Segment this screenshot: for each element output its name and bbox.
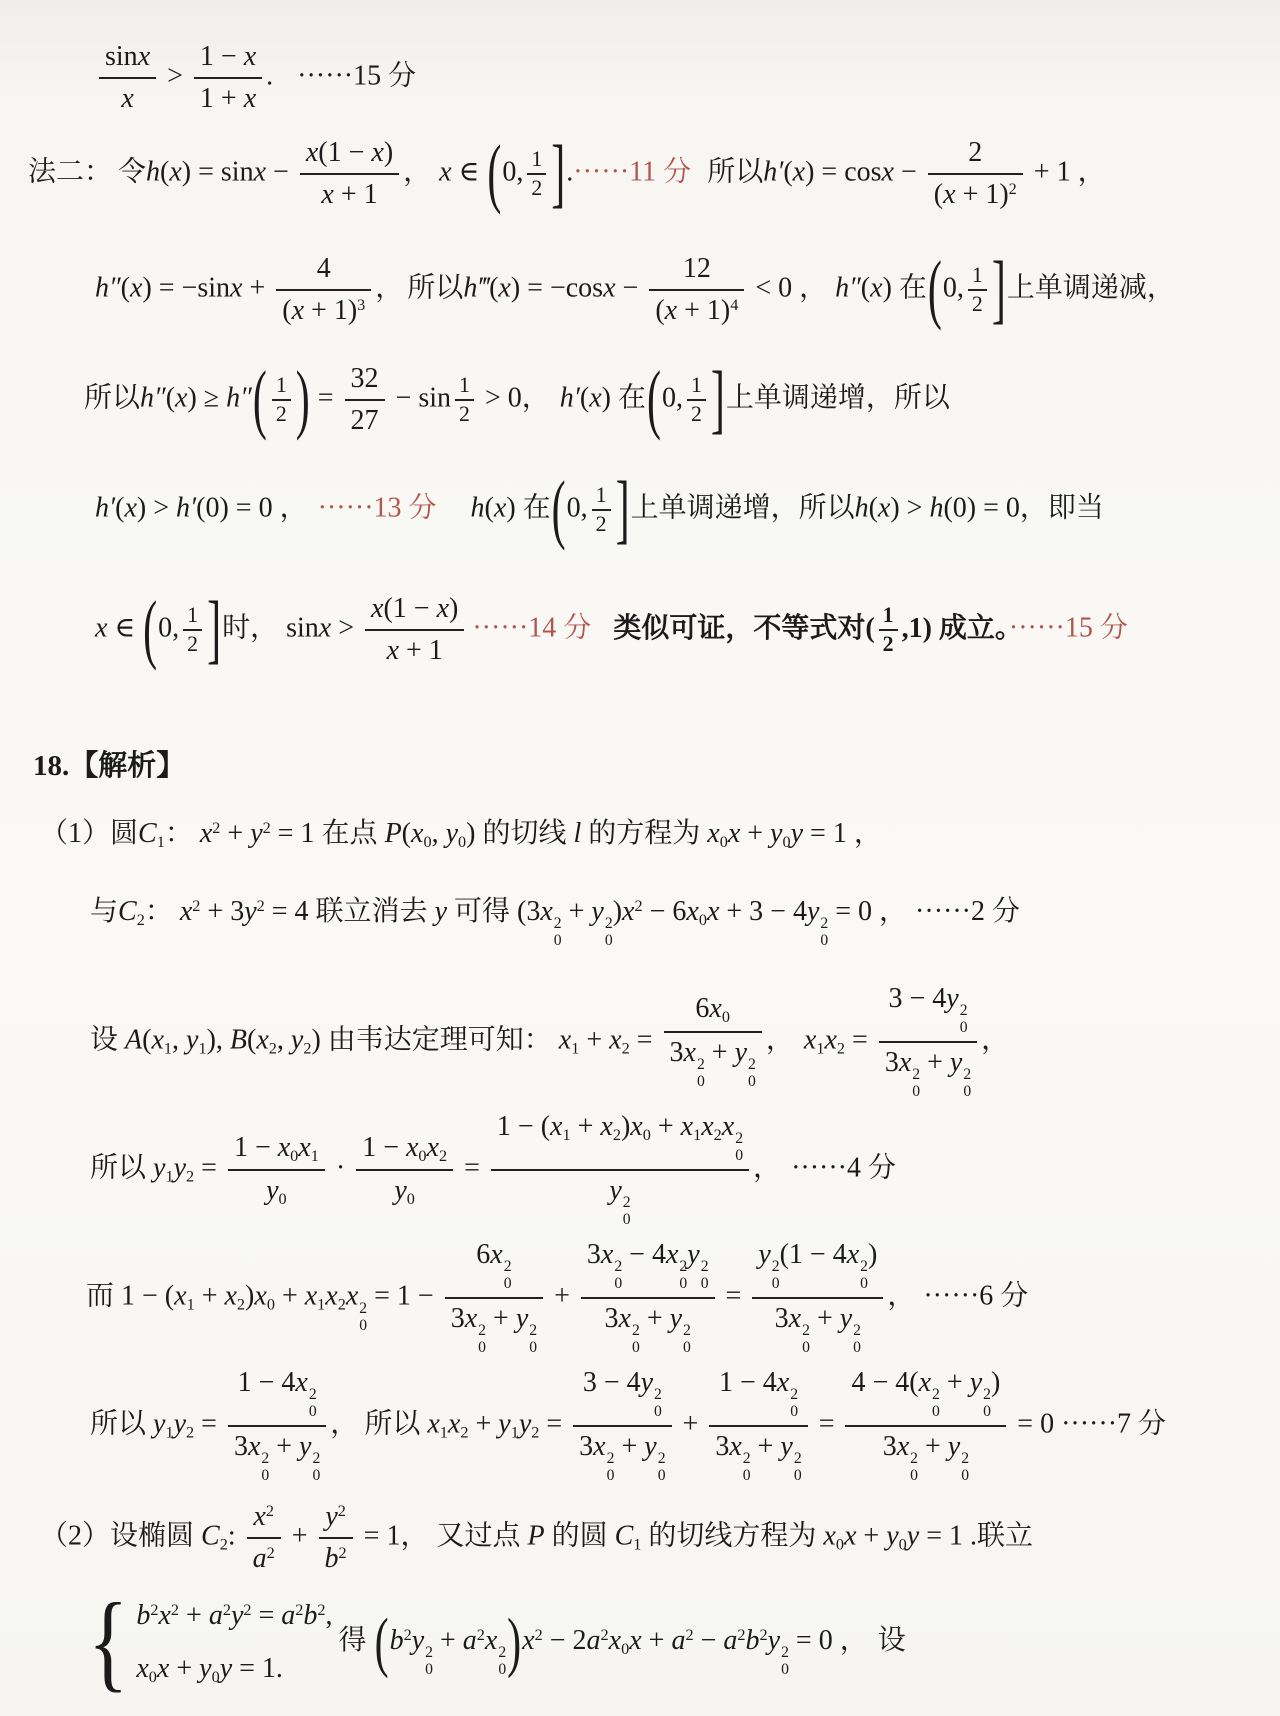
math-variable: y [768, 1625, 780, 1656]
math-text: （2）设椭圆 [40, 1521, 201, 1552]
math-text: 所以 [707, 157, 763, 188]
math-text: = 1 ， [803, 818, 882, 849]
math-variable: h‴ [463, 273, 489, 304]
math-variable: x [899, 1047, 911, 1078]
sup-part: 2 [478, 1323, 486, 1340]
math-text: ， [753, 1152, 781, 1183]
fraction: 3 − 4y203x20 + y20 [879, 982, 977, 1102]
math-variable: y [153, 1152, 165, 1183]
fraction: 1 − 4x203x20 + y20 [228, 1366, 326, 1486]
math-variable: x [897, 1431, 909, 1462]
math-variable: y [907, 1521, 919, 1552]
math-text: + 1 [399, 635, 443, 666]
math-variable: x [244, 41, 256, 72]
denominator: 3x20 + y20 [664, 1033, 762, 1092]
formula-line-part1-substitute: 与C2： x2 + 3y2 = 4 联立消去 y 可得 (3x20 + y20)… [90, 894, 1020, 950]
math-text: − [694, 1625, 724, 1656]
numerator: y20(1 − 4x20) [752, 1238, 883, 1299]
math-variable: h′ [560, 383, 580, 414]
numerator: sinx [99, 40, 156, 79]
sup-part: 2 [781, 1645, 789, 1662]
superscript: 2 [338, 1502, 346, 1520]
sub-part: 0 [735, 1148, 743, 1165]
math-text: . [266, 61, 273, 92]
math-text: ) ≥ [187, 383, 226, 414]
math-text: ， [403, 157, 431, 188]
case-row: x0x + y0y = 1. [136, 1651, 283, 1687]
fraction: x(1 − x)x + 1 [365, 592, 464, 668]
math-text: , [172, 1024, 186, 1055]
math-text: = [719, 1280, 749, 1311]
math-variable: x [319, 613, 331, 644]
big-delimiter-icon: ( [253, 361, 267, 439]
math-text: 1 [972, 263, 983, 287]
subscript: 0 [621, 1640, 629, 1658]
math-text: + [740, 818, 770, 849]
math-text: (0) = 0 ， [196, 492, 307, 523]
sup-part: 2 [983, 1387, 991, 1404]
math-text: + [468, 1408, 498, 1439]
math-text: 0, [502, 157, 523, 188]
numerator: x(1 − x) [365, 592, 464, 631]
formula-line-method2-define: 法二：令h(x) = sinx − x(1 − x)x + 1，x ∈ (0,1… [28, 136, 1106, 212]
math-variable: a [209, 1600, 223, 1631]
denominator: 2 [272, 401, 291, 426]
big-delimiter-icon: ] [992, 251, 1006, 329]
math-text: + [242, 273, 272, 304]
math-variable: x [629, 1625, 641, 1656]
sup-part: 2 [860, 1259, 868, 1276]
small-fraction: 12 [272, 374, 291, 426]
math-text: , [432, 818, 446, 849]
math-text: ) 在 [506, 492, 550, 523]
math-text: 1 [596, 483, 607, 507]
small-fraction: 12 [592, 484, 611, 536]
denominator: y0 [228, 1171, 325, 1210]
sub-sup-stack: 20 [478, 1323, 486, 1357]
math-text: − [894, 157, 924, 188]
math-text: = [311, 383, 341, 414]
math-text: = [194, 1152, 224, 1183]
denominator: 2 [592, 511, 611, 536]
math-text: + [614, 1431, 644, 1462]
fraction: 1 − x0x2y0 [356, 1131, 453, 1210]
math-variable: x [248, 1431, 260, 1462]
sub-sup-stack: 20 [743, 1451, 751, 1485]
math-text: ) > [890, 492, 929, 523]
math-text: 3 [883, 1431, 897, 1462]
sup-part: 2 [853, 1323, 861, 1340]
subscript: 1 [440, 1423, 448, 1441]
math-variable: x [253, 1501, 265, 1532]
math-variable: x [437, 593, 449, 624]
sub-part: 0 [359, 1318, 367, 1335]
big-delimiter-icon: ( [487, 135, 501, 213]
math-variable: x [224, 1280, 236, 1311]
math-text: 6 [695, 993, 709, 1024]
math-variable: h [855, 492, 869, 523]
math-text: 所以 [84, 383, 140, 414]
math-variable: b [303, 1600, 317, 1631]
math-text: 上单调递增，所以 [631, 492, 855, 523]
math-variable: x [448, 1408, 460, 1439]
superscript: 2 [634, 897, 642, 915]
math-text: + [547, 1280, 577, 1311]
subscript: 1 [157, 833, 165, 851]
math-text: ) [868, 1239, 877, 1270]
math-text: < 0 ， [748, 273, 827, 304]
fraction: 1 − (x1 + x2)x0 + x1x2x20y20 [491, 1110, 749, 1230]
math-variable: B [230, 1024, 247, 1055]
math-text: ······15 分 [297, 61, 416, 92]
sub-sup-stack: 20 [790, 1387, 798, 1421]
sub-part: 0 [504, 1276, 512, 1293]
math-text: ) > [137, 492, 176, 523]
math-text: ) 在 [602, 383, 646, 414]
math-variable: y [609, 1175, 621, 1206]
math-variable: x [427, 1132, 439, 1163]
math-variable: x [298, 1132, 310, 1163]
big-delimiter-icon: ] [711, 361, 725, 439]
subscript: 1 [693, 1126, 701, 1144]
sub-part: 0 [743, 1468, 751, 1485]
sup-part: 2 [312, 1451, 320, 1468]
denominator: 3x20 + y20 [581, 1299, 715, 1358]
sub-part: 0 [683, 1340, 691, 1357]
sub-sup-stack: 20 [632, 1323, 640, 1357]
sub-part: 0 [478, 1340, 486, 1357]
math-variable: x [707, 818, 719, 849]
subscript: 2 [137, 911, 145, 929]
math-text: ) = cos [805, 157, 881, 188]
sup-part: 2 [743, 1451, 751, 1468]
math-text: + [640, 1303, 670, 1334]
math-text: 2 [883, 632, 894, 656]
math-text: 得 [339, 1625, 374, 1656]
math-variable: y [435, 896, 447, 927]
denominator: 3x20 + y20 [845, 1427, 1006, 1486]
subscript: 2 [714, 1126, 722, 1144]
score-mark: ······13 分 [318, 492, 437, 523]
math-text: ( [861, 273, 870, 304]
subscript: 1 [164, 1039, 172, 1057]
sub-sup-stack: 20 [312, 1451, 320, 1485]
math-variable: x [550, 1111, 562, 1142]
math-text: （1）圆 [40, 818, 138, 849]
math-text: ( [121, 273, 130, 304]
math-text: + [220, 818, 250, 849]
math-text: − 4 [622, 1239, 666, 1270]
math-text: 1 [691, 373, 702, 397]
math-text: + 1) [677, 295, 730, 326]
subscript: 0 [458, 833, 466, 851]
math-text: + [486, 1303, 516, 1334]
math-text: ( [934, 179, 943, 210]
math-variable: y [394, 1175, 406, 1206]
math-text: 法二： [28, 157, 112, 188]
sub-part: 0 [312, 1468, 320, 1485]
sub-part: 0 [820, 933, 828, 950]
math-text: − [616, 273, 646, 304]
math-variable: x [666, 1239, 678, 1270]
math-text: = [539, 1408, 569, 1439]
math-variable: a [723, 1625, 737, 1656]
sub-sup-stack: 20 [701, 1259, 709, 1293]
superscript: 2 [477, 1626, 485, 1644]
score-mark: ······15 分 [1009, 613, 1128, 644]
math-variable: x [684, 1037, 696, 1068]
math-variable: x [707, 896, 719, 927]
sub-sup-stack: 20 [504, 1259, 512, 1293]
sub-part: 0 [261, 1468, 269, 1485]
superscript: 2 [263, 819, 271, 837]
math-text: + 1) [956, 179, 1009, 210]
superscript: 2 [243, 1601, 251, 1619]
numerator: 1 [183, 604, 202, 631]
math-variable: y [791, 818, 803, 849]
math-variable: x [325, 1280, 337, 1311]
math-variable: C [138, 818, 157, 849]
math-variable: x [124, 492, 136, 523]
subscript: 0 [267, 1295, 275, 1313]
sub-part: 0 [790, 1404, 798, 1421]
fraction: 4(x + 1)3 [276, 252, 371, 328]
sub-part: 0 [802, 1340, 810, 1357]
sup-part: 2 [504, 1259, 512, 1276]
superscript: 2 [601, 1626, 609, 1644]
fraction: sinxx [99, 40, 156, 116]
sup-part: 2 [623, 1195, 631, 1212]
denominator: (x + 1)2 [928, 175, 1023, 212]
math-text: ( [166, 383, 175, 414]
math-text: 令 [118, 157, 146, 188]
subscript: 1 [311, 1146, 319, 1164]
math-text: = 1， [357, 1521, 429, 1552]
math-variable: x [824, 1024, 836, 1055]
sub-part: 0 [632, 1340, 640, 1357]
math-variable: y [174, 1152, 186, 1183]
numerator: 3 − 4y20 [879, 982, 977, 1043]
math-text: − [266, 157, 296, 188]
small-fraction: 12 [183, 604, 202, 656]
math-variable: x [295, 1367, 307, 1398]
subscript: 0 [836, 1535, 844, 1553]
small-fraction: 12 [687, 374, 706, 426]
math-text: + [920, 1047, 950, 1078]
math-text: ) [613, 896, 622, 927]
sup-part: 2 [794, 1451, 802, 1468]
sup-part: 2 [554, 916, 562, 933]
numerator: 4 − 4(x20 + y20) [845, 1366, 1006, 1427]
math-text: 所以 [90, 1152, 153, 1183]
math-variable: x [371, 137, 383, 168]
math-variable: x [589, 383, 601, 414]
math-text: ), [207, 1024, 230, 1055]
math-text: + [195, 1280, 225, 1311]
math-variable: x [522, 1625, 534, 1656]
math-variable: x [600, 1111, 612, 1142]
sub-sup-stack: 20 [860, 1259, 868, 1293]
math-text: 上单调递增，所以 [726, 383, 950, 414]
math-variable: x [609, 1625, 621, 1656]
formula-line-part2-ellipse: （2）设椭圆 C2: x2a2 + y2b2 = 1，又过点 P 的圆 C1 的… [40, 1500, 1033, 1576]
numerator: 1 [455, 374, 474, 401]
math-variable: y [687, 1239, 699, 1270]
math-variable: y [946, 983, 958, 1014]
sub-part: 0 [623, 1212, 631, 1229]
math-variable: x [306, 137, 318, 168]
sup-part: 2 [683, 1323, 691, 1340]
math-text: ) = −cos [511, 273, 603, 304]
subscript: 1 [165, 1423, 173, 1441]
math-variable: x [138, 41, 150, 72]
math-variable: y [516, 1303, 528, 1334]
subscript: 2 [613, 1126, 621, 1144]
math-variable: x [844, 1521, 856, 1552]
math-text: = [812, 1408, 842, 1439]
math-text: 1 [276, 373, 287, 397]
math-variable: y [231, 1600, 243, 1631]
math-text: + [571, 1111, 601, 1142]
sup-part: 2 [605, 916, 613, 933]
math-text: 3 [670, 1037, 684, 1068]
math-variable: x [427, 1408, 439, 1439]
math-text: 1 − 4 [238, 1367, 296, 1398]
math-variable: x [540, 896, 552, 927]
big-delimiter-icon: ] [207, 591, 221, 669]
sub-part: 0 [654, 1404, 662, 1421]
math-text: 1 − 4 [719, 1367, 777, 1398]
sub-sup-stack: 20 [498, 1645, 506, 1679]
superscript: 2 [317, 1601, 325, 1619]
math-variable: x [847, 1239, 859, 1270]
numerator: 1 [968, 264, 987, 291]
big-delimiter-icon: ( [552, 471, 566, 549]
sub-sup-stack: 20 [794, 1451, 802, 1485]
math-variable: x [292, 295, 304, 326]
denominator: 2 [527, 175, 546, 200]
math-variable: y [807, 896, 819, 927]
math-text: + [651, 1111, 681, 1142]
math-variable: x [200, 818, 212, 849]
sup-part: 2 [654, 1387, 662, 1404]
math-variable: y [670, 1303, 682, 1334]
subscript: 2 [237, 1295, 245, 1313]
math-variable: x [151, 1024, 163, 1055]
math-text: 3 [885, 1047, 899, 1078]
math-variable: h [146, 157, 160, 188]
sup-part: 2 [802, 1323, 810, 1340]
superscript: 2 [266, 1502, 274, 1520]
math-variable: x [411, 818, 423, 849]
math-variable: x [254, 1280, 266, 1311]
sup-part: 2 [960, 1003, 968, 1020]
fraction: 6x03x20 + y20 [664, 992, 762, 1092]
math-text: = 1 .联立 [919, 1521, 1033, 1552]
math-text: 与 [90, 896, 118, 927]
subscript: 0 [643, 1126, 651, 1144]
math-text: − sin [389, 383, 451, 414]
math-text: ) [621, 1111, 630, 1142]
math-variable: x [789, 1303, 801, 1334]
math-text: = 4 联立消去 [265, 896, 435, 927]
math-variable: C [615, 1521, 634, 1552]
denominator: 3x20 + y20 [573, 1427, 671, 1486]
sub-part: 0 [794, 1468, 802, 1485]
numerator: 1 [527, 148, 546, 175]
math-variable: x [121, 83, 133, 114]
math-text: 1 [883, 603, 894, 627]
sub-part: 0 [679, 1276, 687, 1293]
numerator: 1 − 4x20 [228, 1366, 326, 1427]
math-text: 类似可证，不等式对( [613, 613, 874, 644]
math-text: ， [375, 273, 403, 304]
math-variable: x [254, 157, 266, 188]
formula-line-hpp-positive: 所以h″(x) ≥ h″(12) = 3227 − sin12 > 0，h′(x… [84, 362, 950, 438]
numerator: 1 − x [194, 40, 262, 79]
math-text: > [331, 613, 361, 644]
math-variable: x [465, 1303, 477, 1334]
sup-part: 2 [614, 1259, 622, 1276]
math-variable: x [603, 273, 615, 304]
sub-sup-stack: 20 [554, 916, 562, 950]
math-variable: x [485, 1625, 497, 1656]
sub-sup-stack: 20 [605, 916, 613, 950]
math-text: ∈ [452, 157, 487, 188]
big-delimiter-icon: ] [551, 135, 565, 213]
math-text: ) 的切线 [466, 818, 573, 849]
math-variable: x [136, 1653, 148, 1684]
subscript: 2 [269, 1039, 277, 1057]
sup-part: 2 [498, 1645, 506, 1662]
numerator: 6x0 [664, 992, 762, 1033]
sub-part: 0 [309, 1404, 317, 1421]
math-text: + 3 [200, 896, 244, 927]
sub-part: 0 [860, 1276, 868, 1293]
math-text: 3 [579, 1431, 593, 1462]
big-delimiter-icon: ] [616, 471, 630, 549]
subscript: 0 [418, 1146, 426, 1164]
math-variable: C [201, 1521, 220, 1552]
math-text: ( [160, 157, 169, 188]
math-variable: x [882, 157, 894, 188]
math-text: 0, [662, 383, 683, 414]
math-text: , [277, 1024, 291, 1055]
sub-sup-stack: 20 [781, 1645, 789, 1679]
superscript: 2 [267, 1544, 275, 1562]
math-variable: y [886, 1521, 898, 1552]
math-text: , [326, 1600, 333, 1631]
math-text: 设 [878, 1625, 906, 1656]
sub-part: 0 [853, 1340, 861, 1357]
superscript: 2 [171, 1601, 179, 1619]
math-variable: h″ [835, 273, 861, 304]
subscript: 0 [149, 1668, 157, 1686]
sub-part: 0 [772, 1276, 780, 1293]
subscript: 0 [699, 911, 707, 929]
math-variable: y [644, 1431, 656, 1462]
math-variable: h′ [95, 492, 115, 523]
math-variable: x [95, 613, 107, 644]
sub-part: 0 [961, 1468, 969, 1485]
math-text: 12 [683, 253, 711, 284]
math-text: 所以 [407, 273, 463, 304]
fraction: 3227 [345, 362, 385, 438]
subscript: 2 [622, 1039, 630, 1057]
math-variable: x [804, 1024, 816, 1055]
math-variable: h [471, 492, 485, 523]
math-text: 3 − 4 [888, 983, 946, 1014]
